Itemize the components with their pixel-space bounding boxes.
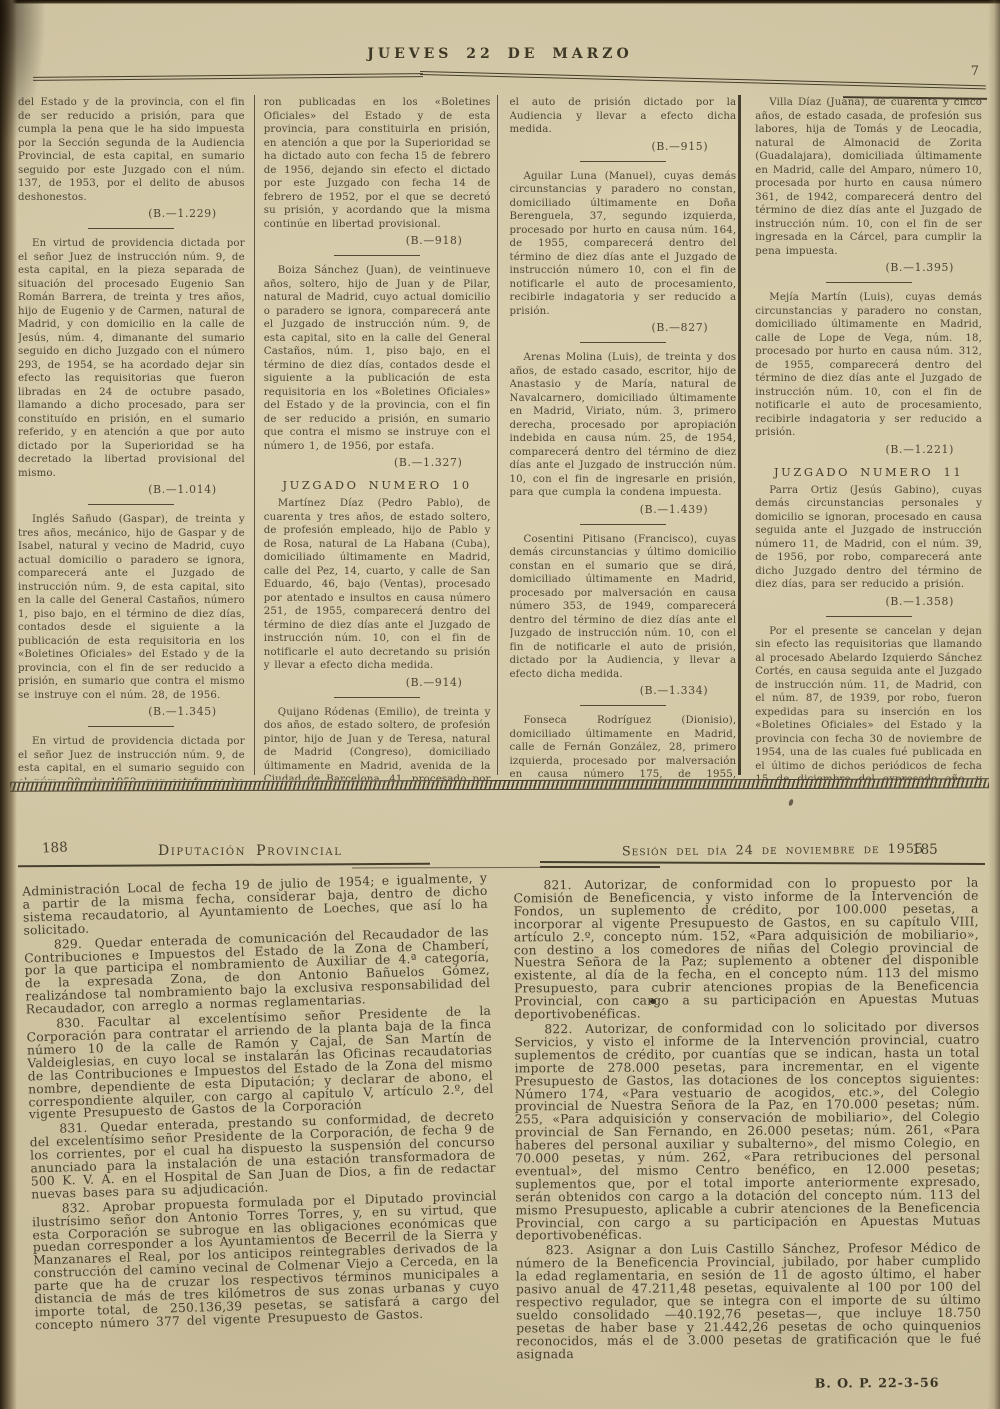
notices-column-2: ron publicadas en los «Boletines Oficial… (264, 96, 491, 780)
notice-separator (334, 697, 420, 698)
notice-paragraph: Quijano Ródenas (Emilio), de treinta y d… (264, 706, 491, 781)
session-header-rule (540, 866, 660, 868)
minutes-right-paragraphs: 821. Autorizar, de conformidad con lo pr… (513, 877, 981, 1361)
acta-paragraph: 822. Autorizar, de conformidad con lo so… (514, 1021, 980, 1243)
notice-ref: (B.—1.334) (510, 684, 737, 697)
notice-ref: (B.—915) (510, 140, 737, 153)
page-number: 7 (971, 64, 979, 79)
masthead-date-title: JUEVES 22 DE MARZO (0, 46, 1000, 62)
acta-page-number-left: 188 (42, 839, 69, 856)
notice-paragraph: Villa Díaz (Juana), de cuarenta y cinco … (755, 96, 982, 258)
braided-section-divider (10, 778, 989, 791)
notices-column-1: del Estado y de la provincia, con el fin… (18, 96, 245, 780)
session-header-rule (540, 861, 985, 865)
ink-spot (650, 999, 656, 1004)
column-rule (254, 95, 255, 775)
notices-column-3: el auto de prisión dictado por la Audien… (510, 96, 737, 780)
bop-footer-stamp: B. O. P. 22-3-56 (516, 1374, 981, 1392)
notice-ref: (B.—1.229) (18, 207, 245, 220)
notice-separator (580, 161, 666, 162)
ink-spot (788, 799, 794, 807)
acta-paragraph: 830. Facultar al excelentísimo señor Pre… (26, 1005, 494, 1122)
notice-paragraph: Cosentini Pitisano (Francisco), cuyas de… (510, 533, 737, 682)
page-edge-left (0, 0, 17, 1409)
notice-ref: (B.—1.345) (18, 705, 245, 718)
column-rule (497, 95, 498, 775)
masthead-rule-right (420, 71, 986, 90)
notice-paragraph: Inglés Sañudo (Gaspar), de treinta y tre… (18, 513, 245, 702)
notice-ref: (B.—827) (510, 321, 737, 334)
notice-paragraph: Martínez Díaz (Pedro Pablo), de cuarenta… (264, 497, 491, 673)
notice-separator (580, 342, 666, 343)
notice-ref: (B.—1.439) (510, 503, 737, 516)
notice-separator (826, 282, 912, 283)
notice-ref: (B.—1.221) (755, 443, 982, 456)
acta-right-running-title: Sesión del día 24 de noviembre de 1955 (622, 842, 924, 860)
notice-paragraph: Boiza Sánchez (Juan), de veintinueve año… (264, 264, 491, 453)
page-edge-top (0, 0, 1000, 4)
notice-separator (88, 726, 174, 727)
judicial-notices-section: del Estado y de la provincia, con el fin… (18, 96, 982, 780)
notice-separator (580, 524, 666, 525)
notice-ref: (B.—1.014) (18, 483, 245, 496)
notice-paragraph: del Estado y de la provincia, con el fin… (18, 96, 245, 204)
notice-separator (826, 616, 912, 617)
notice-ref: (B.—1.395) (755, 261, 982, 274)
bulletin-page: JUEVES 22 DE MARZO 7 del Estado y de la … (0, 0, 1000, 1409)
acta-paragraph: 821. Autorizar, de conformidad con lo pr… (513, 877, 979, 1022)
notice-ref: (B.—1.358) (755, 595, 982, 608)
notice-paragraph: En virtud de providencia dictada por el … (18, 735, 245, 780)
acta-paragraph: 831. Quedar enterada, prestando su confo… (29, 1110, 496, 1201)
notice-ref: (B.—918) (264, 234, 491, 247)
notice-paragraph: Aguilar Luna (Manuel), cuyas demás circu… (510, 170, 737, 319)
page-edge-right (988, 0, 1000, 1409)
notice-separator (580, 705, 666, 706)
notice-separator (334, 255, 420, 256)
acta-left-running-title: Diputación Provincial (158, 843, 342, 859)
notice-paragraph: Fonseca Rodríguez (Dionisio), domiciliad… (510, 714, 737, 780)
minutes-column-right: 821. Autorizar, de conformidad con lo pr… (513, 877, 981, 1392)
notice-ref: (B.—1.327) (264, 456, 491, 469)
notices-column-4: Villa Díaz (Juana), de cuarenta y cinco … (755, 96, 982, 780)
notice-paragraph: Por el presente se cancelan y dejan sin … (755, 625, 982, 781)
notice-paragraph: Arenas Molina (Luis), de treinta y dos a… (510, 351, 737, 500)
acta-paragraph: 832. Aprobar propuesta formulada por el … (32, 1189, 501, 1332)
notice-paragraph: En virtud de providencia dictada por el … (18, 237, 245, 480)
acta-paragraph: 823. Asignar a don Luis Castillo Sánchez… (516, 1242, 982, 1361)
juzgado-heading: JUZGADO NUMERO 11 (755, 465, 982, 479)
juzgado-heading: JUZGADO NUMERO 10 (264, 478, 491, 492)
notice-paragraph: Parra Ortiz (Jesús Gabino), cuyas demás … (755, 484, 982, 592)
notice-paragraph: Mejía Martín (Luis), cuyas demás circuns… (755, 291, 982, 440)
masthead-rule-left (33, 73, 423, 81)
notice-paragraph: el auto de prisión dictado por la Audien… (510, 96, 737, 137)
acta-paragraph: 829. Quedar enterada de comunicación del… (24, 925, 491, 1016)
minutes-left-paragraphs: Administración Local de fecha 19 de juli… (22, 872, 500, 1332)
acta-page-number-right: 185 (912, 842, 938, 858)
column-rule-heavy (738, 95, 741, 775)
notice-paragraph: ron publicadas en los «Boletines Oficial… (264, 96, 491, 231)
notice-separator (88, 228, 174, 229)
notice-ref: (B.—914) (264, 676, 491, 689)
session-minutes-section: Administración Local de fecha 19 de juli… (22, 878, 980, 1391)
minutes-column-left: Administración Local de fecha 19 de juli… (22, 872, 502, 1398)
notice-separator (88, 504, 174, 505)
